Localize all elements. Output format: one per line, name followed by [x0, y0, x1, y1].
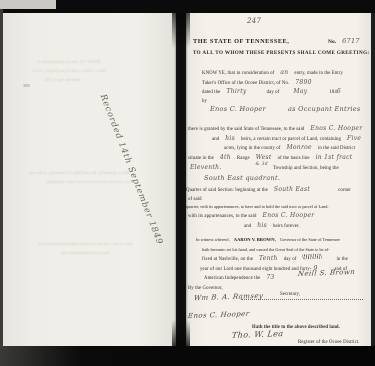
secretary-label-line: Secretary,	[280, 282, 300, 300]
scan-border-right	[371, 13, 375, 346]
left-page: 388 KNOW YE, that in consideration of Ta…	[3, 13, 176, 347]
handwritten-entrant-name: Enos C. Hooper	[210, 105, 266, 113]
handwritten-entry-type: as Occupant Entries	[288, 105, 361, 113]
scan-border-left	[0, 9, 3, 349]
greeting-line: TO ALL TO WHOM THESE PRESENTS SHALL COME…	[193, 50, 369, 56]
printed-text: Township and Section, being the	[273, 166, 339, 171]
printed-text: day of	[267, 90, 280, 95]
grantee-signature: Enos C. Hooper	[187, 310, 249, 320]
printed-text: and	[212, 137, 219, 142]
handwritten-month: May	[293, 88, 307, 95]
ghost-text: there is granted by the said State of Te…	[29, 170, 130, 175]
ghost-text: heirs, a certain tract or parcel of Land…	[47, 179, 134, 184]
right-page: 247 THE STATE OF TENNESSEE, No. 6717 TO …	[186, 13, 371, 346]
handwritten-independence-year: 73	[266, 274, 274, 281]
divider-rule	[241, 299, 363, 300]
ghost-text: Taker's Office of the Ocoee District, of…	[31, 68, 107, 73]
ghost-text: American Independence the	[61, 250, 110, 255]
secretary-signature: Wm B. A. Ramsey	[193, 292, 263, 302]
entrant-line: Enos C. Hooper as Occupant Entries	[208, 98, 363, 116]
grantee-signature-line: Enos C. Hooper	[188, 304, 249, 322]
handwritten-year-digit: 6	[337, 88, 341, 95]
ghost-text: dated the day of 184	[45, 77, 81, 82]
governor-signature: Neill S. Brown	[297, 268, 355, 278]
book-gutter-shadow	[174, 0, 188, 366]
printed-text: corner	[338, 188, 351, 193]
ghost-text: KNOW YE, that in consideration of	[37, 59, 100, 64]
governor-signature-line: Neill S. Brown	[298, 262, 355, 280]
handwritten-day: Thirty	[226, 88, 246, 95]
scan-border-bottom	[0, 346, 375, 366]
page-number: 247	[247, 17, 261, 25]
recorder-note: Recorded 14th September 1849	[98, 93, 183, 293]
register-signature: Tho. W. Lea	[231, 329, 284, 340]
secretary-label: Secretary,	[280, 292, 300, 297]
greeting-row: TO ALL TO WHOM THESE PRESENTS SHALL COME…	[193, 41, 369, 59]
scan-border-top	[0, 0, 375, 13]
know-ye-line-3: dated the Thirty day of May 1846	[202, 80, 341, 98]
margin-number: 388	[23, 83, 30, 88]
printed-text: 184	[329, 90, 337, 95]
register-label: Register of the Ocoee District.	[298, 340, 360, 345]
grant-line-7: Quarter of said Section: beginning at th…	[186, 178, 351, 196]
scan-corner-light	[0, 0, 56, 9]
scanned-document: 388 KNOW YE, that in consideration of Ta…	[0, 0, 375, 366]
printed-text: by	[202, 99, 207, 104]
register-signature-line: Tho. W. Lea	[232, 324, 283, 342]
secretary-signature-line: Wm B. A. Ramsey	[194, 286, 263, 304]
handwritten-corner: South East	[274, 186, 310, 193]
ghost-text: year of our Lord one thousand eight hund…	[37, 241, 133, 246]
know-ye-line-4: by	[202, 89, 207, 107]
